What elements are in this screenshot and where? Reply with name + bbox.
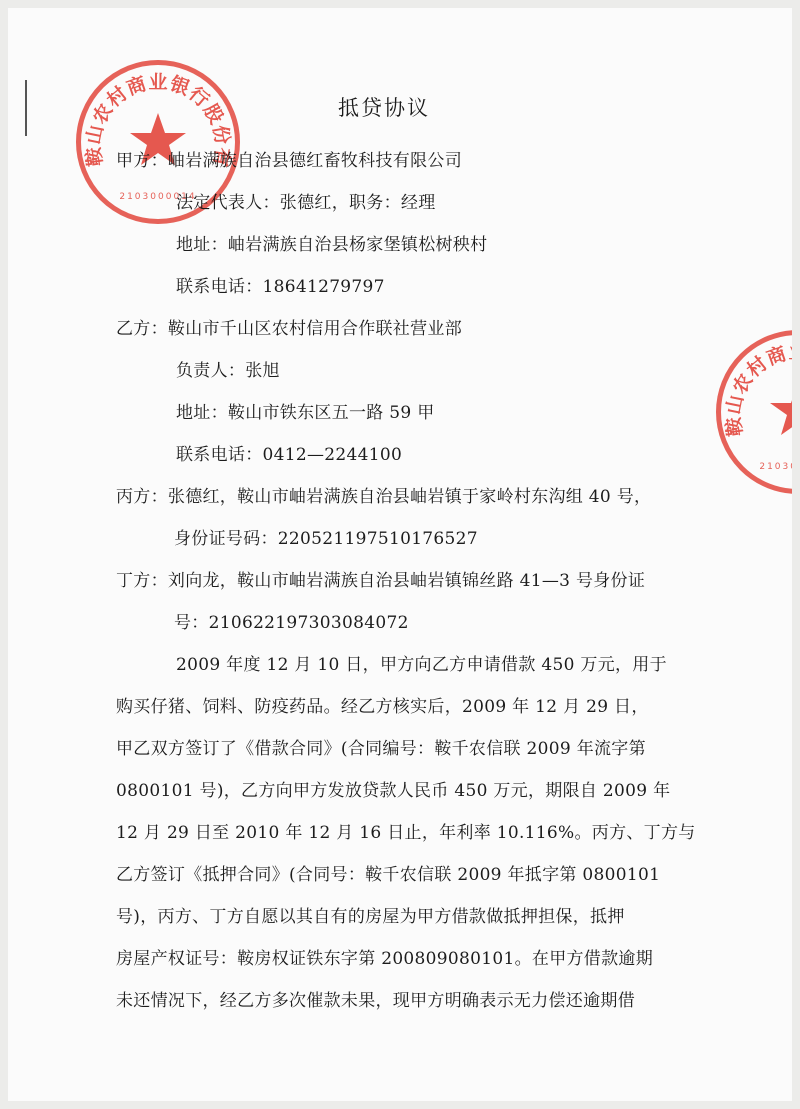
party-a-phone: 联系电话：18641279797 xyxy=(176,272,385,297)
party-d-id: 号：210622197303084072 xyxy=(174,608,409,633)
party-a-address: 地址：岫岩满族自治县杨家堡镇松树秧村 xyxy=(176,230,487,255)
party-a-name: 甲方：岫岩满族自治县德红畜牧科技有限公司 xyxy=(116,146,462,171)
body-line: 购买仔猪、饲料、防疫药品。经乙方核实后，2009 年 12 月 29 日， xyxy=(116,692,649,717)
body-line: 房屋产权证号：鞍房权证铁东字第 200809080101。在甲方借款逾期 xyxy=(116,944,653,969)
document-title: 抵贷协议 xyxy=(338,92,430,122)
party-b-name: 乙方：鞍山市千山区农村信用合作联社营业部 xyxy=(116,314,462,339)
document-page: 鞍山农村商业银行股份有限公司 2103000014 鞍山农村商业银行股份有限公司… xyxy=(8,8,792,1101)
body-line: 乙方签订《抵押合同》(合同号：鞍千农信联 2009 年抵字第 0800101 xyxy=(116,860,660,885)
party-c-id: 身份证号码：220521197510176527 xyxy=(174,524,478,549)
body-line: 0800101 号)，乙方向甲方发放贷款人民币 450 万元，期限自 2009 … xyxy=(116,776,670,801)
star-icon xyxy=(770,383,792,435)
seal-code: 2103000014 xyxy=(759,462,792,472)
binding-mark xyxy=(25,80,27,136)
body-line: 甲乙双方签订了《借款合同》(合同编号：鞍千农信联 2009 年流字第 xyxy=(116,734,646,759)
party-b-address: 地址：鞍山市铁东区五一路 59 甲 xyxy=(176,398,435,423)
body-line: 号)，丙方、丁方自愿以其自有的房屋为甲方借款做抵押担保，抵押 xyxy=(116,902,625,927)
svg-text:鞍山农村商业银行股份有限公司: 鞍山农村商业银行股份有限公司 xyxy=(721,335,792,439)
body-line: 未还情况下，经乙方多次催款未果，现甲方明确表示无力偿还逾期借 xyxy=(116,986,635,1011)
party-a-representative: 法定代表人：张德红，职务：经理 xyxy=(176,188,436,213)
bank-seal-right: 鞍山农村商业银行股份有限公司 2103000014 xyxy=(716,330,792,494)
body-line: 2009 年度 12 月 10 日，甲方向乙方申请借款 450 万元，用于 xyxy=(176,650,667,675)
party-d-name: 丁方：刘向龙，鞍山市岫岩满族自治县岫岩镇锦丝路 41—3 号身份证 xyxy=(116,566,645,591)
seal-graphic: 鞍山农村商业银行股份有限公司 2103000014 xyxy=(721,335,792,489)
body-line: 12 月 29 日至 2010 年 12 月 16 日止，年利率 10.116%… xyxy=(116,818,696,843)
party-b-phone: 联系电话：0412—2244100 xyxy=(176,440,402,465)
seal-text: 鞍山农村商业银行股份有限公司 xyxy=(721,335,792,439)
party-c-name: 丙方：张德红，鞍山市岫岩满族自治县岫岩镇于家岭村东沟组 40 号， xyxy=(116,482,651,507)
party-b-person-in-charge: 负责人：张旭 xyxy=(176,356,280,381)
